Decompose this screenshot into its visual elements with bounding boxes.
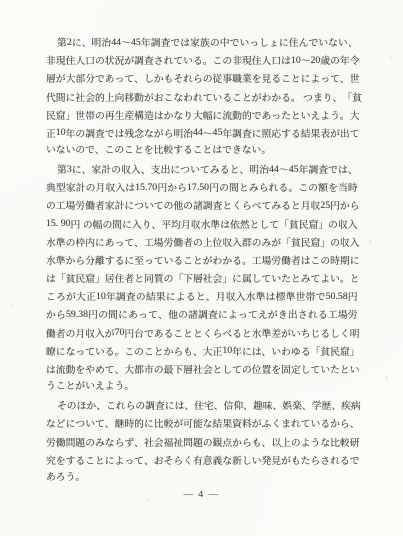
text-line: 労働問題のみならず、社会福祉問題の観点からも、以上のような比較研 (46, 432, 358, 450)
text-line: 働者の月収入が70円台であることとくらべると水準差がいちじるしく明 (46, 324, 358, 342)
text-line: の工場労働者家計についての他の諸調査とくらべてみると月収25円から (46, 196, 358, 214)
text-line: は「貧民窟」居住者と同質の「下層社会」に属していたとみてよい。と (46, 269, 358, 287)
text-line: などについて、継時的に比較が可能な結果資料がふくまれているから、 (46, 414, 358, 432)
body-text: 第2に、明治44～45年調査では家族の中でいっしょに住んでいない、非現住人口の状… (46, 33, 358, 487)
page-number: — 4 — (0, 490, 403, 500)
text-line: 瞭になっている。このことからも、大正10年には、いわゆる「貧民窟」 (46, 342, 358, 360)
text-line: 水準から分離するに至っていることがわかる。工場労働者はこの時期に (46, 251, 358, 269)
text-line: から59.38円の間にあって、他の諸調査によってえがき出される工場労 (46, 305, 358, 323)
text-line: いないので、このことを比較することはできない。 (46, 142, 358, 160)
text-line: 代間に社会的上向移動がおこなわれていることがわかる。 つまり、「貧 (46, 87, 358, 105)
document-page: 第2に、明治44～45年調査では家族の中でいっしょに住んでいない、非現住人口の状… (0, 0, 403, 536)
text-line: 第2に、明治44～45年調査では家族の中でいっしょに住んでいない、 (46, 33, 358, 51)
text-line: 15. 90円 の幅の間に入り、平均月収水準は依然として「貧民窟」の収入 (46, 215, 358, 233)
text-line: 水準の枠内にあって、工場労働者の上位収入群のみが「貧民窟」の収入 (46, 233, 358, 251)
scan-noise (0, 0, 1, 1)
text-line: 典型家計の月収入は15.70円から17.50円の間とみられる。この額を当時 (46, 178, 358, 196)
text-line: 層が大部分であって、しかもそれらの従事職業を見ることによって、世 (46, 69, 358, 87)
text-line: 非現住人口の状況が調査されている。この非現住人口は10～20歳の年令 (46, 51, 358, 69)
text-line: 第3に、家計の収入、支出についてみると、明治44～45年調査では、 (46, 160, 358, 178)
text-line: 民窟」世帯の再生産構造はかなり大幅に流動的であったといえよう。大 (46, 106, 358, 124)
text-line: 究をすることによって、おそらく有意義な新しい発見がもたらされるで (46, 451, 358, 469)
text-line: は流動をやめて、大都市の最下層社会としての位置を固定していたとい (46, 360, 358, 378)
text-line: うことがいえよう。 (46, 378, 358, 396)
text-line: あろう。 (46, 469, 358, 487)
text-line: ころが大正10年調査の結果によると、月収入水準は標準世帯で50.58円 (46, 287, 358, 305)
text-line: そのほか、これらの調査には、住宅、信仰、趣味、娯楽、学歴、疾病 (46, 396, 358, 414)
text-line: 正10年の調査では残念ながら明治44～45年調査に照応する結果表が出て (46, 124, 358, 142)
